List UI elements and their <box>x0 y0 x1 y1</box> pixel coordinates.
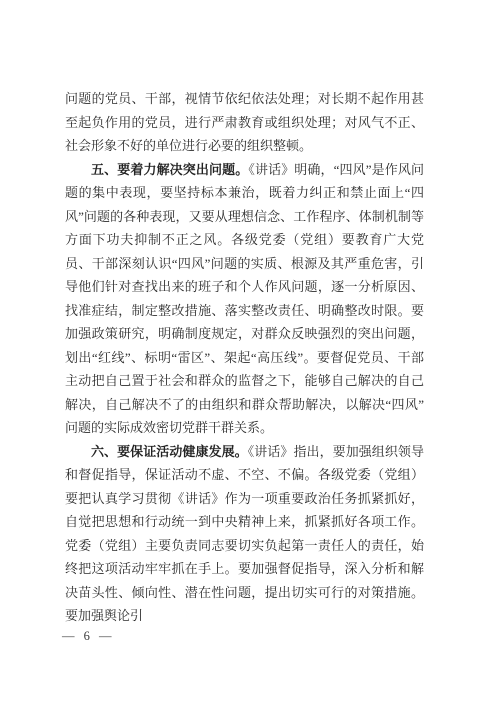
body-text: 问题的党员、干部，视情节依纪依法处理；对长期不起作用甚至起负作用的党员，进行严肃… <box>65 87 424 628</box>
paragraph: 六、要保证活动健康发展。《讲话》指出，要加强组织领导和督促指导，保证活动不虚、不… <box>65 440 424 628</box>
document-page: 问题的党员、干部，视情节依纪依法处理；对长期不起作用甚至起负作用的党员，进行严肃… <box>0 0 500 707</box>
paragraph: 问题的党员、干部，视情节依纪依法处理；对长期不起作用甚至起负作用的党员，进行严肃… <box>65 87 424 158</box>
section-heading: 六、要保证活动健康发展。 <box>91 444 248 459</box>
section-heading: 五、要着力解决突出问题。 <box>91 162 248 177</box>
paragraph-text: 《讲话》明确，“四风”是作风问题的集中表现，要坚持标本兼治，既着力纠正和禁止面上… <box>65 162 424 436</box>
paragraph-text: 《讲话》指出，要加强组织领导和督促指导，保证活动不虚、不空、不偏。各级党委（党组… <box>65 444 424 624</box>
paragraph: 五、要着力解决突出问题。《讲话》明确，“四风”是作风问题的集中表现，要坚持标本兼… <box>65 158 424 440</box>
page-number: — 6 — <box>62 629 115 644</box>
paragraph-text: 问题的党员、干部，视情节依纪依法处理；对长期不起作用甚至起负作用的党员，进行严肃… <box>65 91 424 153</box>
